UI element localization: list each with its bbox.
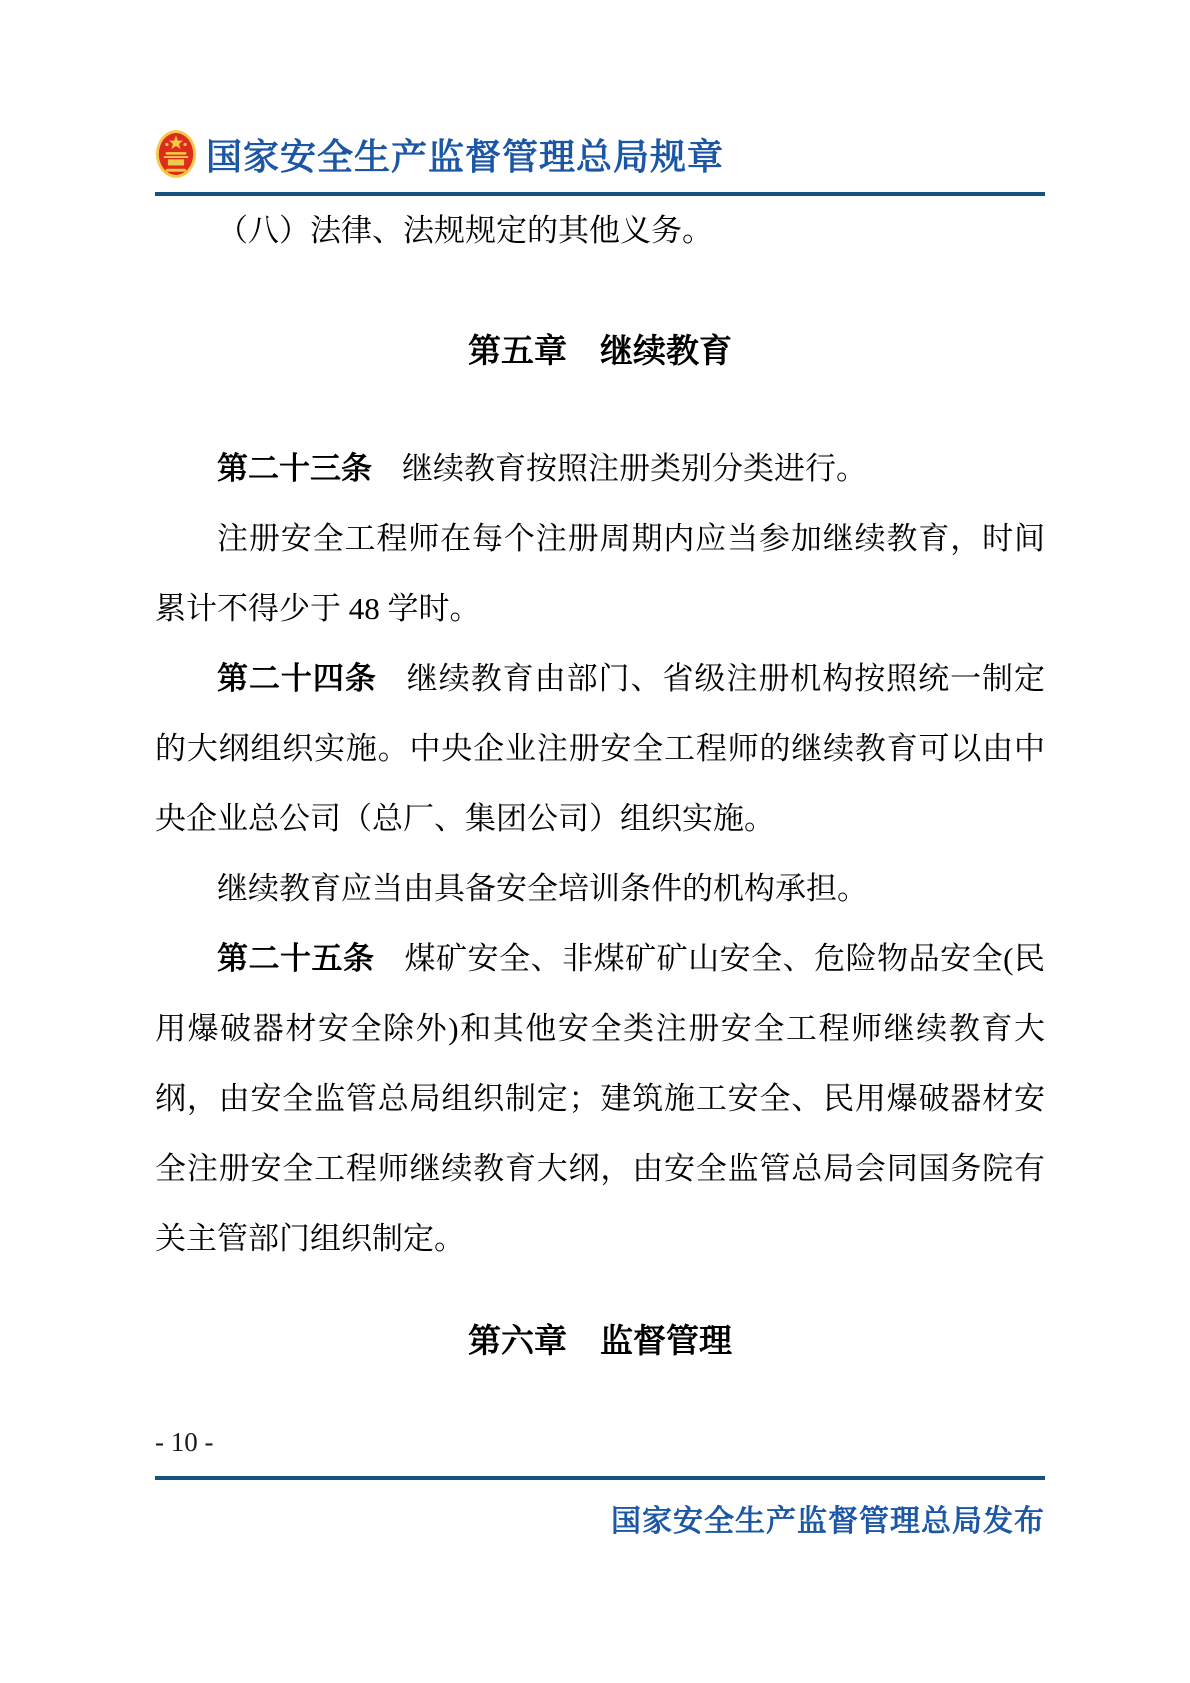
chapter-heading: 第六章 监督管理 xyxy=(155,1318,1045,1364)
paragraph: 继续教育应当由具备安全培训条件的机构承担。 xyxy=(155,854,1045,924)
paragraph-text: 继续教育按照注册类别分类进行。 xyxy=(402,451,867,486)
paragraph-text: （八）法律、法规规定的其他义务。 xyxy=(217,213,713,248)
page-number: - 10 - xyxy=(155,1424,213,1460)
page-header: 国家安全生产监督管理总局规章 xyxy=(155,0,1045,182)
article-paragraph: 第二十四条继续教育由部门、省级注册机构按照统一制定的大纲组织实施。中央企业注册安… xyxy=(155,644,1045,854)
footer-divider xyxy=(155,1476,1045,1480)
page-header-title: 国家安全生产监督管理总局规章 xyxy=(206,129,724,180)
document-body: （八）法律、法规规定的其他义务。 第五章 继续教育 第二十三条继续教育按照注册类… xyxy=(155,196,1045,1364)
article-number: 第二十五条 xyxy=(217,941,375,976)
paragraph: 注册安全工程师在每个注册周期内应当参加继续教育，时间累计不得少于 48 学时。 xyxy=(155,504,1045,644)
footer-publisher: 国家安全生产监督管理总局发布 xyxy=(611,1502,1045,1542)
article-number: 第二十三条 xyxy=(217,451,372,486)
paragraph-text: 煤矿安全、非煤矿矿山安全、危险物品安全(民用爆破器材安全除外)和其他安全类注册安… xyxy=(155,941,1045,1256)
paragraph-text: 继续教育应当由具备安全培训条件的机构承担。 xyxy=(217,871,868,906)
paragraph: （八）法律、法规规定的其他义务。 xyxy=(155,196,1045,266)
article-paragraph: 第二十三条继续教育按照注册类别分类进行。 xyxy=(155,434,1045,504)
china-national-emblem-icon xyxy=(155,126,197,182)
article-number: 第二十四条 xyxy=(217,661,377,696)
chapter-heading: 第五章 继续教育 xyxy=(155,328,1045,374)
document-page: 国家安全生产监督管理总局规章 （八）法律、法规规定的其他义务。 第五章 继续教育… xyxy=(0,0,1190,1683)
article-paragraph: 第二十五条煤矿安全、非煤矿矿山安全、危险物品安全(民用爆破器材安全除外)和其他安… xyxy=(155,924,1045,1274)
paragraph-text: 注册安全工程师在每个注册周期内应当参加继续教育，时间累计不得少于 48 学时。 xyxy=(155,521,1045,626)
